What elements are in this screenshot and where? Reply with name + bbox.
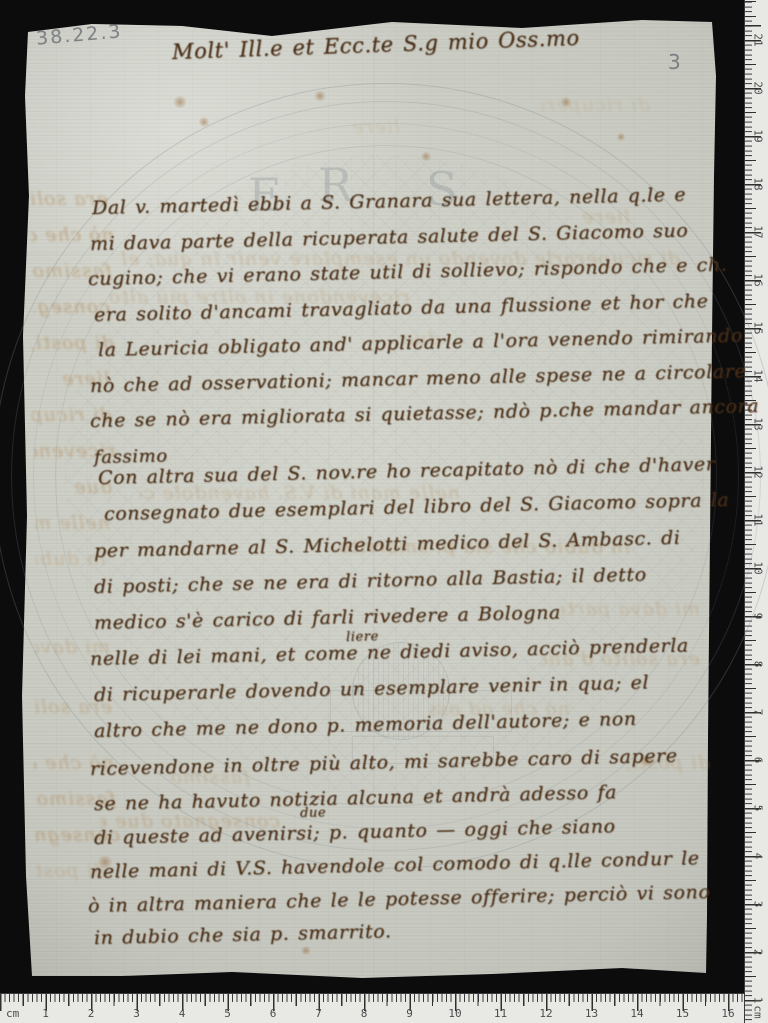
ruler-bottom-label: 9: [406, 1007, 413, 1020]
ruler-right-label: 3: [752, 901, 765, 908]
ruler-right-unit: cm: [752, 1005, 765, 1018]
ruler-bottom-label: 15: [676, 1007, 689, 1020]
ruler-right-label: 19: [752, 129, 765, 142]
ruler-bottom-label: 8: [361, 1007, 368, 1020]
ruler-bottom-label: 14: [630, 1007, 643, 1020]
ruler-bottom-label: 7: [315, 1007, 322, 1020]
ruler-bottom-unit: cm: [6, 1007, 19, 1020]
ruler-right: 212019181716151413121110987654321cm: [744, 0, 768, 1023]
ruler-bottom-label: 13: [585, 1007, 598, 1020]
ruler-bottom-label: 12: [539, 1007, 552, 1020]
ruler-right-label: 16: [752, 273, 765, 286]
ruler-bottom-label: 4: [179, 1007, 186, 1020]
ruler-bottom-label: 1: [42, 1007, 49, 1020]
ruler-right-label: 2: [752, 949, 765, 956]
ruler-right-label: 18: [752, 177, 765, 190]
ruler-right-label: 1: [752, 997, 765, 1004]
ruler-bottom-label: 16: [721, 1007, 734, 1020]
ruler-bottom-label: 6: [270, 1007, 277, 1020]
ruler-right-label: 9: [752, 613, 765, 620]
ruler-right-label: 21: [752, 33, 765, 46]
ruler-right-ticks: [745, 0, 768, 1023]
ruler-bottom: cm12345678910111213141516: [0, 993, 746, 1023]
ruler-bottom-label: 3: [133, 1007, 140, 1020]
ruler-right-label: 17: [752, 225, 765, 238]
ruler-right-label: 5: [752, 805, 765, 812]
ruler-right-label: 10: [752, 561, 765, 574]
ruler-right-label: 7: [752, 709, 765, 716]
ruler-right-label: 4: [752, 853, 765, 860]
manuscript-page: [22, 16, 718, 980]
ruler-right-label: 6: [752, 757, 765, 764]
ruler-right-label: 11: [752, 513, 765, 526]
ruler-right-label: 13: [752, 417, 765, 430]
ruler-bottom-label: 10: [448, 1007, 461, 1020]
ruler-right-label: 14: [752, 369, 765, 382]
paper-vignette: [22, 16, 718, 980]
ruler-bottom-label: 5: [224, 1007, 231, 1020]
ruler-bottom-label: 2: [88, 1007, 95, 1020]
archive-photo: era solito d'ancami travagliato da una f…: [0, 0, 768, 1023]
ruler-right-label: 20: [752, 81, 765, 94]
ruler-bottom-label: 11: [494, 1007, 507, 1020]
ruler-right-label: 8: [752, 661, 765, 668]
ruler-right-label: 12: [752, 465, 765, 478]
ruler-right-label: 15: [752, 321, 765, 334]
